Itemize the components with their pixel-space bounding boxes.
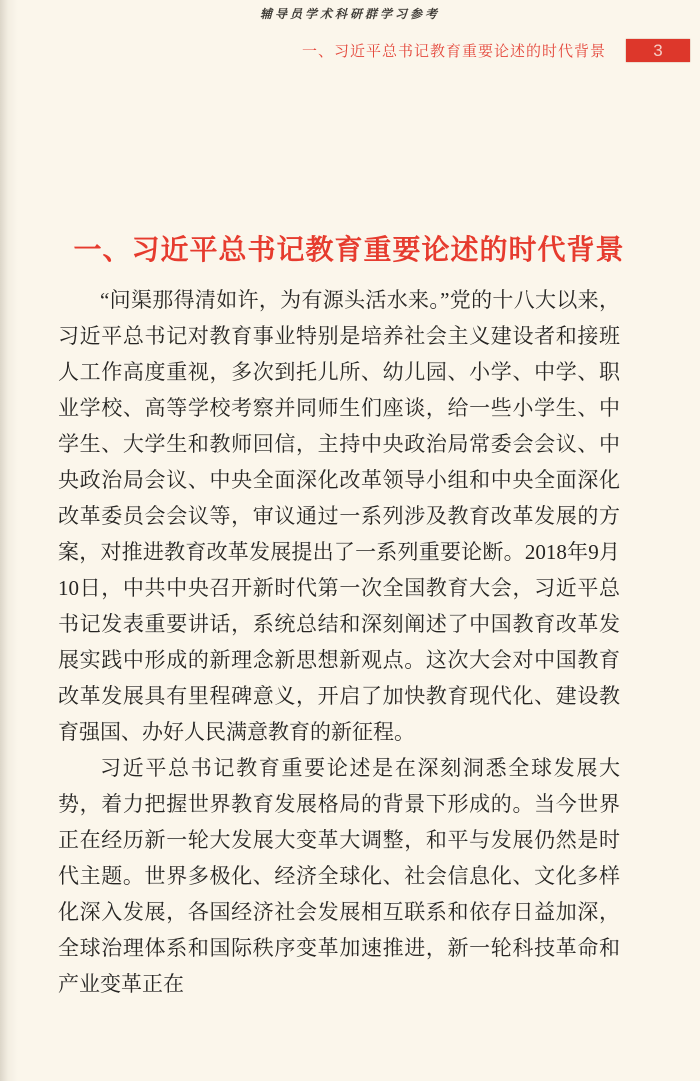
running-header: 一、习近平总书记教育重要论述的时代背景 3 [0, 38, 700, 62]
chapter-title: 一、习近平总书记教育重要论述的时代背景 [58, 228, 640, 268]
running-header-title: 一、习近平总书记教育重要论述的时代背景 [302, 40, 606, 61]
page-number-badge: 3 [626, 39, 690, 62]
body-paragraph-2: 习近平总书记教育重要论述是在深刻洞悉全球发展大势，着力把握世界教育发展格局的背景… [58, 750, 620, 1002]
page-number: 3 [653, 42, 662, 59]
book-page: 辅导员学术科研群学习参考 一、习近平总书记教育重要论述的时代背景 3 一、习近平… [0, 0, 700, 1081]
body-paragraph-1: “问渠那得清如许，为有源头活水来。”党的十八大以来，习近平总书记对教育事业特别是… [58, 282, 620, 750]
body-text: “问渠那得清如许，为有源头活水来。”党的十八大以来，习近平总书记对教育事业特别是… [58, 282, 620, 1002]
top-note: 辅导员学术科研群学习参考 [0, 5, 700, 22]
